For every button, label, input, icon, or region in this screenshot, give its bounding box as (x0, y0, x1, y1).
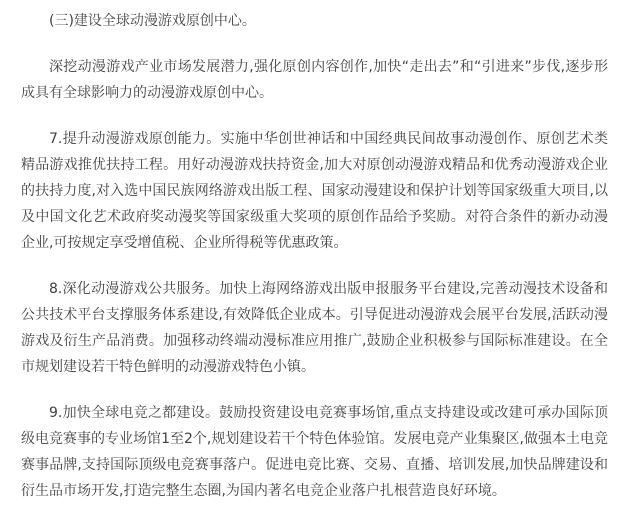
section-heading: (三)建设全球动漫游戏原创中心。 (21, 8, 608, 34)
document-page: (三)建设全球动漫游戏原创中心。 深挖动漫游戏产业市场发展潜力,强化原创内容创作… (0, 0, 636, 516)
paragraph-item-9: 9.加快全球电竞之都建设。鼓励投资建设电竞赛事场馆,重点支持建设或改建可承办国际… (21, 400, 608, 504)
paragraph-intro: 深挖动漫游戏产业市场发展潜力,强化原创内容创作,加快“走出去”和“引进来”步伐,… (21, 54, 608, 106)
paragraph-item-7: 7.提升动漫游戏原创能力。实施中华创世神话和中国经典民间故事动漫创作、原创艺术类… (21, 126, 608, 256)
paragraph-item-8: 8.深化动漫游戏公共服务。加快上海网络游戏出版申报服务平台建设,完善动漫技术设备… (21, 276, 608, 380)
